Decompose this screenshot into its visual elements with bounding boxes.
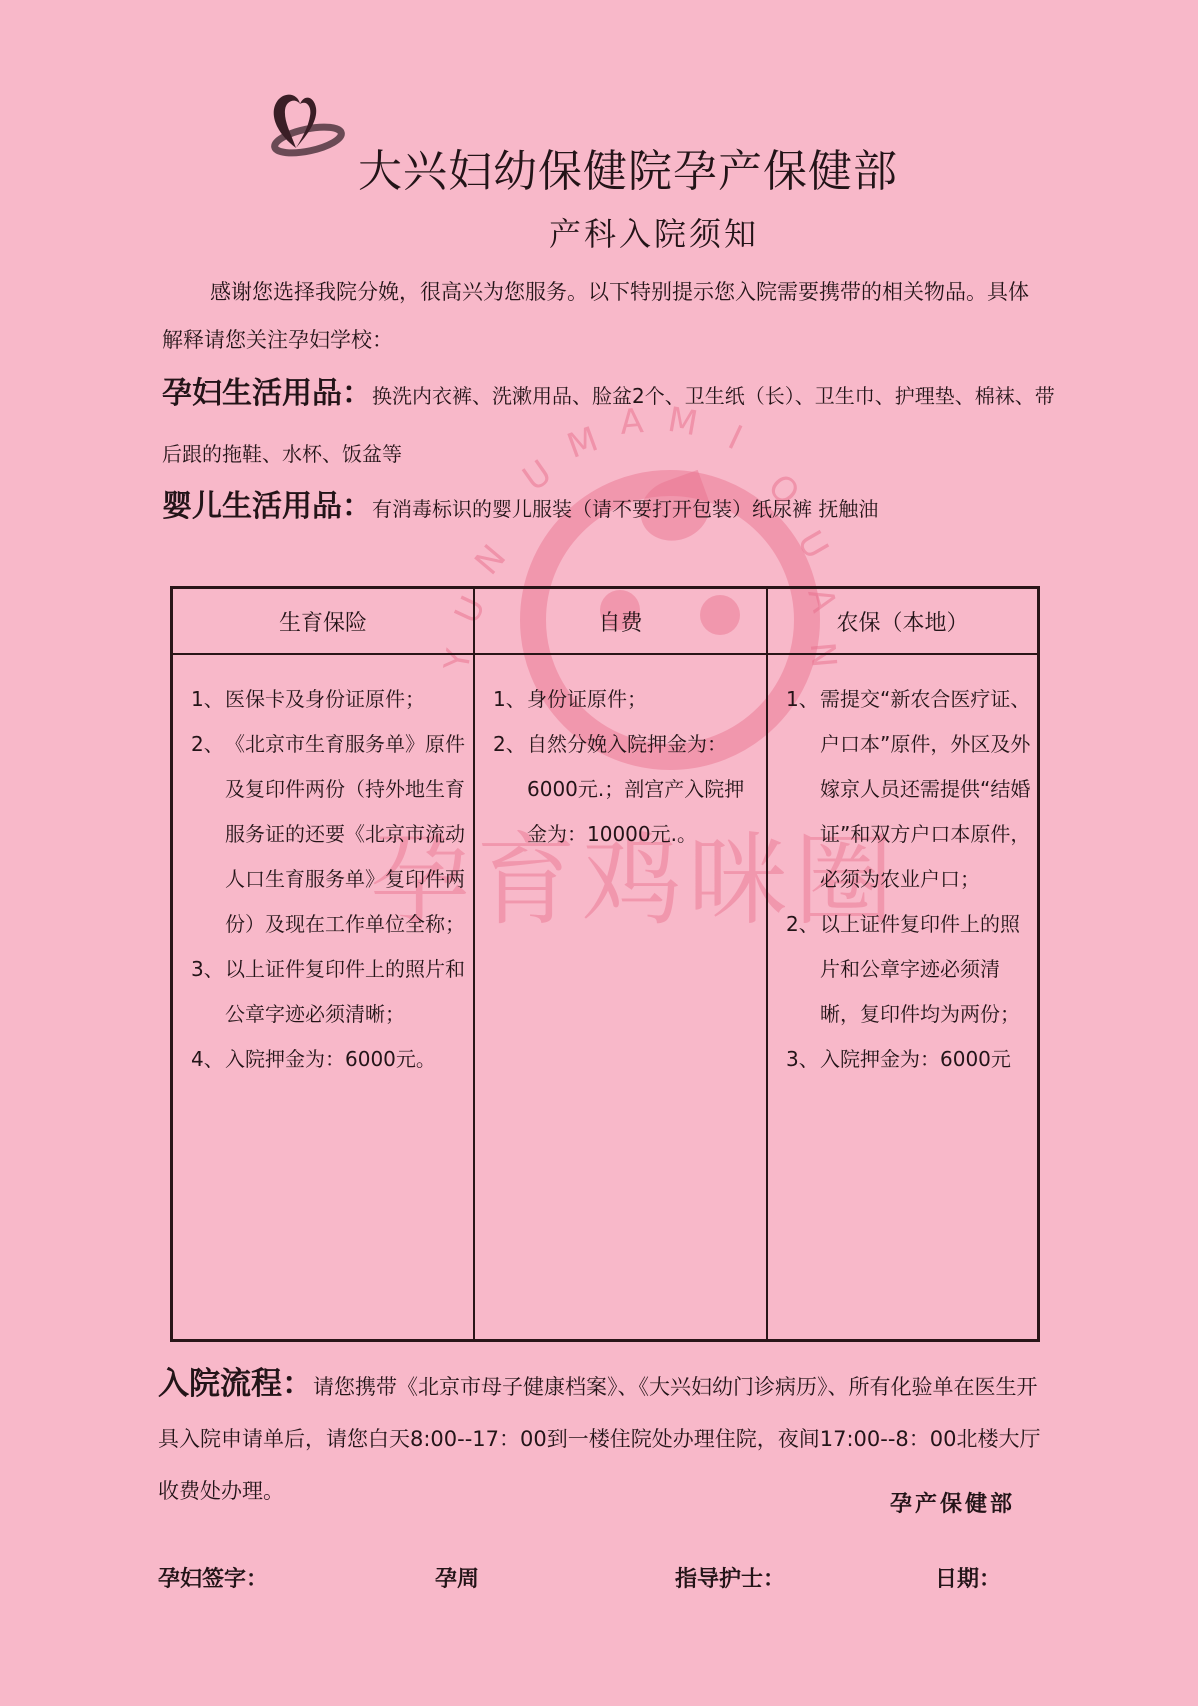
- item-number: 3、: [191, 947, 225, 1037]
- item-text: 医保卡及身份证原件；: [225, 677, 467, 722]
- list-item: 4、入院押金为：6000元。: [191, 1037, 467, 1082]
- heart-ring-logo-icon: [258, 88, 348, 158]
- intro-paragraph: 感谢您选择我院分娩，很高兴为您服务。以下特别提示您入院需要携带的相关物品。具体解…: [162, 268, 1042, 364]
- item-number: 1、: [493, 677, 527, 722]
- item-number: 2、: [493, 722, 527, 857]
- item-number: 2、: [786, 902, 820, 1037]
- admission-process-heading: 入院流程：: [158, 1366, 313, 1402]
- watermark-arc-letter: N: [467, 537, 514, 582]
- item-number: 2、: [191, 722, 225, 947]
- maternal-items-heading: 孕妇生活用品：: [162, 376, 372, 411]
- item-text: 需提交“新农合医疗证、户口本”原件，外区及外嫁京人员还需提供“结婚证”和双方户口…: [820, 677, 1031, 902]
- item-number: 3、: [786, 1037, 820, 1082]
- item-text: 入院押金为：6000元。: [225, 1037, 467, 1082]
- list-item: 3、入院押金为：6000元: [786, 1037, 1031, 1082]
- org-title: 大兴妇幼保健院孕产保健部: [358, 135, 898, 199]
- maternal-items-section: 孕妇生活用品：换洗内衣裤、洗漱用品、脸盆2个、卫生纸（长）、卫生巾、护理垫、棉袜…: [162, 365, 1062, 483]
- list-item: 2、自然分娩入院押金为：6000元.；剖宫产入院押金为：10000元.。: [493, 722, 760, 857]
- gestational-week-label: 孕周: [435, 1562, 479, 1593]
- table-header-maternity-insurance: 生育保险: [173, 589, 475, 655]
- baby-items-text: 有消毒标识的婴儿服装（请不要打开包装）纸尿裤 抚触油: [372, 497, 878, 521]
- item-text: 以上证件复印件上的照片和公章字迹必须清晰；: [225, 947, 467, 1037]
- department-signature: 孕产保健部: [890, 1487, 1015, 1518]
- item-text: 入院押金为：6000元: [820, 1037, 1031, 1082]
- patient-signature-label: 孕妇签字：: [158, 1562, 268, 1593]
- list-item: 1、医保卡及身份证原件；: [191, 677, 467, 722]
- rural-insurance-cell: 1、需提交“新农合医疗证、户口本”原件，外区及外嫁京人员还需提供“结婚证”和双方…: [768, 655, 1037, 1339]
- item-number: 1、: [786, 677, 820, 902]
- table-header-self-pay: 自费: [475, 589, 768, 655]
- list-item: 1、身份证原件；: [493, 677, 760, 722]
- guiding-nurse-label: 指导护士：: [675, 1562, 785, 1593]
- baby-items-section: 婴儿生活用品：有消毒标识的婴儿服装（请不要打开包装）纸尿裤 抚触油: [162, 478, 1062, 538]
- baby-items-heading: 婴儿生活用品：: [162, 489, 372, 524]
- doc-title: 产科入院须知: [0, 209, 1198, 255]
- item-text: 以上证件复印件上的照片和公章字迹必须清晰，复印件均为两份；: [820, 902, 1031, 1037]
- self-pay-cell: 1、身份证原件； 2、自然分娩入院押金为：6000元.；剖宫产入院押金为：100…: [475, 655, 768, 1339]
- list-item: 1、需提交“新农合医疗证、户口本”原件，外区及外嫁京人员还需提供“结婚证”和双方…: [786, 677, 1031, 902]
- maternity-insurance-cell: 1、医保卡及身份证原件； 2、《北京市生育服务单》原件及复印件两份（持外地生育服…: [173, 655, 475, 1339]
- item-number: 1、: [191, 677, 225, 722]
- date-label: 日期：: [935, 1562, 1001, 1593]
- item-text: 身份证原件；: [527, 677, 760, 722]
- table-header-rural-insurance: 农保（本地）: [768, 589, 1037, 655]
- list-item: 2、《北京市生育服务单》原件及复印件两份（持外地生育服务证的还要《北京市流动人口…: [191, 722, 467, 947]
- admission-notice-page: Y U N U M A M I Q U A N 孕育鸡咪圈 大兴妇幼保健院孕产保…: [0, 0, 1198, 1706]
- item-text: 《北京市生育服务单》原件及复印件两份（持外地生育服务证的还要《北京市流动人口生育…: [225, 722, 467, 947]
- item-number: 4、: [191, 1037, 225, 1082]
- insurance-requirements-table: 生育保险 自费 农保（本地） 1、医保卡及身份证原件； 2、《北京市生育服务单》…: [170, 586, 1040, 1342]
- list-item: 2、以上证件复印件上的照片和公章字迹必须清晰，复印件均为两份；: [786, 902, 1031, 1037]
- item-text: 自然分娩入院押金为：6000元.；剖宫产入院押金为：10000元.。: [527, 722, 760, 857]
- list-item: 3、以上证件复印件上的照片和公章字迹必须清晰；: [191, 947, 467, 1037]
